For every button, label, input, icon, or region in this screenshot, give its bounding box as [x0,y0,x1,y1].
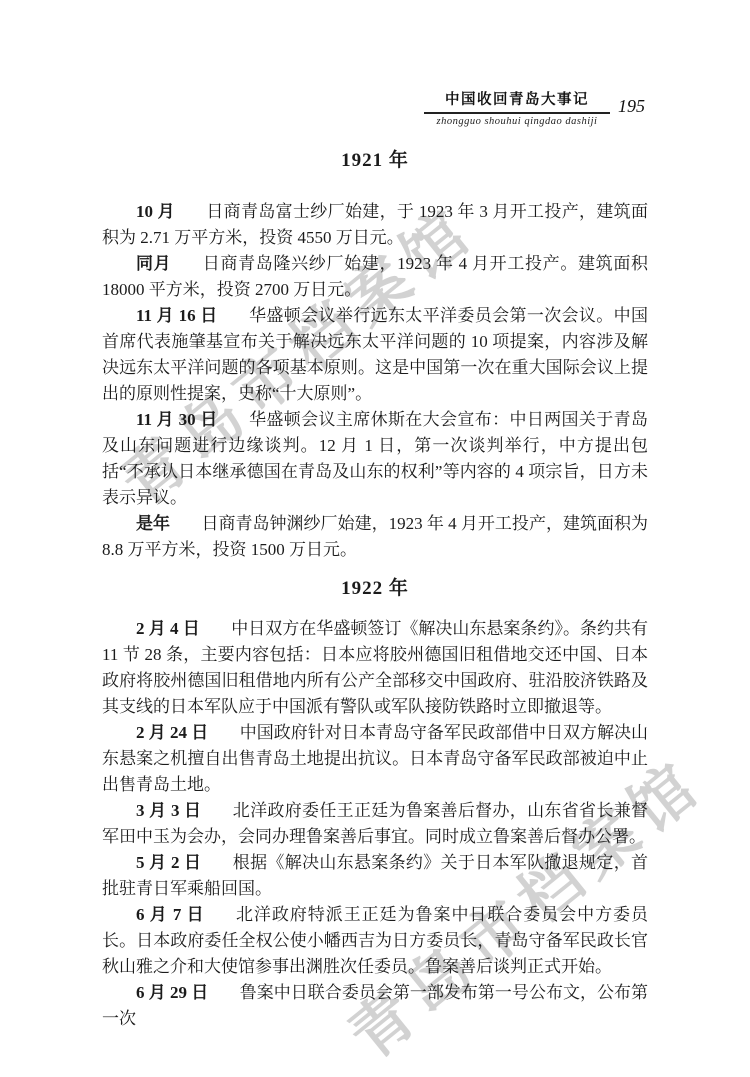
event-entry: 3 月 3 日北洋政府委任王正廷为鲁案善后督办，山东省省长兼督军田中玉为会办，会… [102,798,648,850]
entry-date: 6 月 7 日 [136,905,205,924]
entry-date: 11 月 16 日 [136,306,218,325]
page-number: 195 [618,96,645,117]
entry-date: 2 月 4 日 [136,619,200,638]
event-entry: 6 月 29 日鲁案中日联合委员会第一部发布第一号公布文，公布第一次 [102,980,648,1032]
running-head: 中国收回青岛大事记 zhongguo shouhui qingdao dashi… [424,88,610,127]
event-entry: 11 月 30 日华盛顿会议主席休斯在大会宣布：中日两国关于青岛及山东问题进行边… [102,407,648,511]
event-entry: 2 月 24 日中国政府针对日本青岛守备军民政部借中日双方解决山东悬案之机擅自出… [102,720,648,798]
entry-date: 2 月 24 日 [136,723,208,742]
event-entry: 5 月 2 日根据《解决山东悬案条约》关于日本军队撤退规定，首批驻青日军乘船回国… [102,850,648,902]
event-entry: 11 月 16 日华盛顿会议举行远东太平洋委员会第一次会议。中国首席代表施肇基宣… [102,303,648,407]
entry-date: 11 月 30 日 [136,410,218,429]
book-page: 青岛市档案馆 青岛市档案馆 中国收回青岛大事记 zhongguo shouhui… [0,0,750,1077]
entry-text: 日商青岛富士纱厂始建，于 1923 年 3 月开工投产，建筑面积为 2.71 万… [102,202,648,247]
entry-date: 10 月 [136,202,175,221]
year-heading-1921: 1921 年 [102,148,648,174]
event-entry: 10 月日商青岛富士纱厂始建，于 1923 年 3 月开工投产，建筑面积为 2.… [102,199,648,251]
event-entry: 同月日商青岛隆兴纱厂始建，1923 年 4 月开工投产。建筑面积 18000 平… [102,251,648,303]
entry-date: 5 月 2 日 [136,853,201,872]
entry-date: 是年 [136,514,170,533]
page-content: 1921 年 10 月日商青岛富士纱厂始建，于 1923 年 3 月开工投产，建… [102,148,648,1032]
event-entry: 2 月 4 日中日双方在华盛顿签订《解决山东悬案条约》。条约共有 11 节 28… [102,616,648,720]
running-head-title: 中国收回青岛大事记 [424,88,610,109]
event-entry: 是年日商青岛钟渊纱厂始建，1923 年 4 月开工投产，建筑面积为 8.8 万平… [102,511,648,563]
entry-text: 日商青岛隆兴纱厂始建，1923 年 4 月开工投产。建筑面积 18000 平方米… [102,254,648,299]
entry-date: 3 月 3 日 [136,801,201,820]
entry-date: 同月 [136,254,171,273]
year-heading-1922: 1922 年 [102,576,648,602]
entry-date: 6 月 29 日 [136,983,208,1002]
event-entry: 6 月 7 日北洋政府特派王正廷为鲁案中日联合委员会中方委员长。日本政府委任全权… [102,902,648,980]
entry-text: 日商青岛钟渊纱厂始建，1923 年 4 月开工投产，建筑面积为 8.8 万平方米… [102,514,648,559]
header-rule [424,112,610,114]
running-head-pinyin: zhongguo shouhui qingdao dashiji [424,116,610,127]
